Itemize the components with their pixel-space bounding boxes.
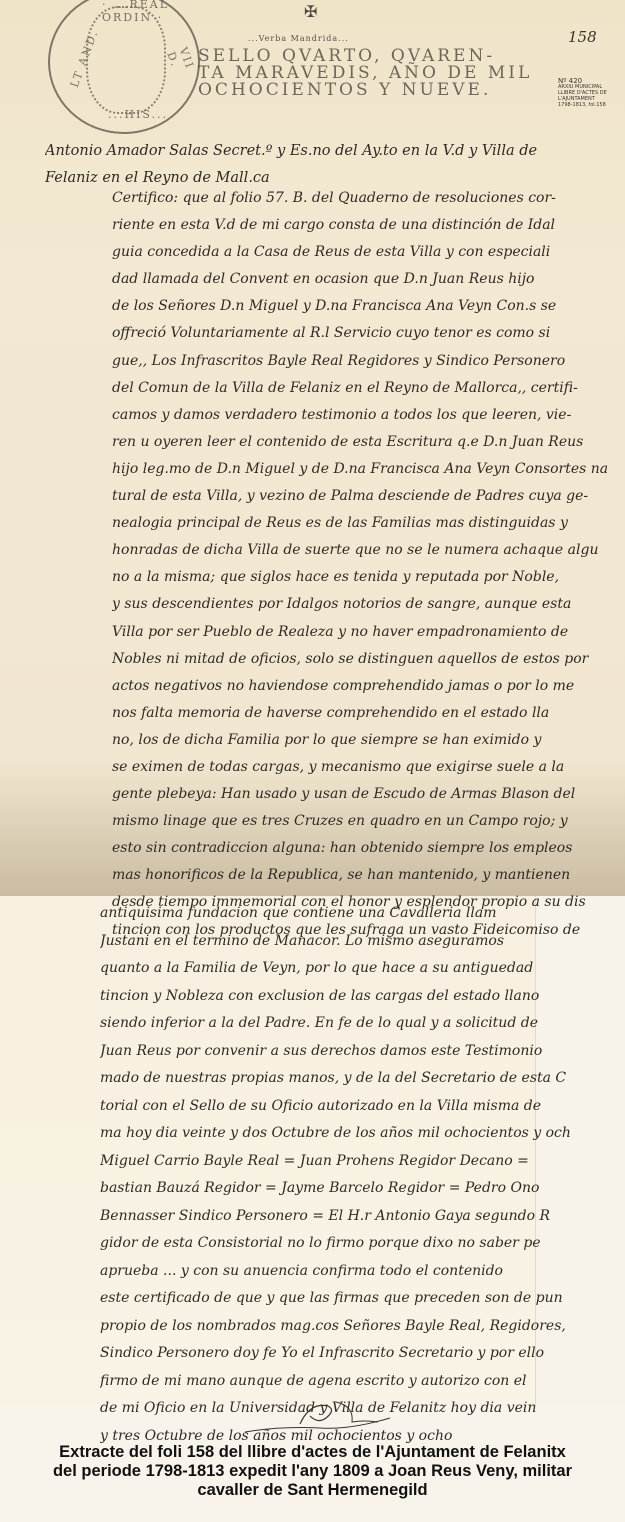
text-line: mismo linage que es tres Cruzes en quadr… bbox=[112, 808, 612, 835]
text-line: ren u oyeren leer el contenido de esta E… bbox=[112, 429, 612, 456]
folio-number: 158 bbox=[568, 28, 597, 46]
text-line: firmo de mi mano aunque de agena escrito… bbox=[100, 1368, 570, 1396]
text-line: este certificado de que y que las firmas… bbox=[100, 1285, 570, 1313]
caption-line: cavaller de Sant Hermenegild bbox=[0, 1481, 625, 1500]
seal-top-text: · ...REAL ORDIN · bbox=[102, 0, 198, 24]
text-line: aprueba ... y con su anuencia confirma t… bbox=[100, 1258, 570, 1286]
text-line: nos falta memoria de haverse comprehendi… bbox=[112, 700, 612, 727]
text-line: Nobles ni mitad de oficios, solo se dist… bbox=[112, 646, 612, 673]
text-line: Villa por ser Pueblo de Realeza y no hav… bbox=[112, 619, 612, 646]
text-line: Sindico Personero doy fe Yo el Infrascri… bbox=[100, 1340, 570, 1368]
text-line: offreció Voluntariamente al R.l Servicio… bbox=[112, 320, 612, 347]
text-line: tural de esta Villa, y vezino de Palma d… bbox=[112, 483, 612, 510]
archive-note: Nº 420 ARXIU MUNICIPAL LLIBRE D'ACTES DE… bbox=[558, 78, 625, 108]
seal-right-text: VII D. bbox=[164, 46, 199, 85]
manuscript-heading: Antonio Amador Salas Secret.º y Es.no de… bbox=[45, 138, 615, 192]
manuscript-body-page-1: Certifico: que al folio 57. B. del Quade… bbox=[112, 185, 612, 944]
text-line: antiquisima fundacion que contiene una C… bbox=[100, 900, 570, 928]
text-line: gidor de esta Consistorial no lo firmo p… bbox=[100, 1230, 570, 1258]
text-line: torial con el Sello de su Oficio autoriz… bbox=[100, 1093, 570, 1121]
text-line: no a la misma; que siglos hace es tenida… bbox=[112, 564, 612, 591]
text-line: mado de nuestras propias manos, y de la … bbox=[100, 1065, 570, 1093]
text-line: del Comun de la Villa de Felaniz en el R… bbox=[112, 375, 612, 402]
text-line: Bennasser Sindico Personero = El H.r Ant… bbox=[100, 1203, 570, 1231]
stamp-line: OCHOCIENTOS Y NUEVE. bbox=[198, 82, 548, 99]
text-line: de los Señores D.n Miguel y D.na Francis… bbox=[112, 293, 612, 320]
text-line: hijo leg.mo de D.n Miguel y de D.na Fran… bbox=[112, 456, 612, 483]
cross-icon: ✠ bbox=[304, 2, 317, 21]
image-caption: Extracte del foli 158 del llibre d'actes… bbox=[0, 1443, 625, 1500]
text-line: quanto a la Familia de Veyn, por lo que … bbox=[100, 955, 570, 983]
text-line: riente en esta V.d de mi cargo consta de… bbox=[112, 212, 612, 239]
text-line: dad llamada del Convent en ocasion que D… bbox=[112, 266, 612, 293]
text-line: Juan Reus por convenir a sus derechos da… bbox=[100, 1038, 570, 1066]
signature-flourish bbox=[240, 1396, 400, 1436]
text-line: honradas de dicha Villa de suerte que no… bbox=[112, 537, 612, 564]
archive-line: 1798-1813, fol.158 bbox=[558, 102, 625, 108]
heading-line: Antonio Amador Salas Secret.º y Es.no de… bbox=[45, 138, 615, 165]
text-line: Miguel Carrio Bayle Real = Juan Prohens … bbox=[100, 1148, 570, 1176]
text-line: y sus descendientes por Idalgos notorios… bbox=[112, 591, 612, 618]
text-line: siendo inferior a la del Padre. En fe de… bbox=[100, 1010, 570, 1038]
text-line: esto sin contradiccion alguna: han obten… bbox=[112, 835, 612, 862]
seal-bottom-text: ...HIS... bbox=[108, 108, 168, 121]
text-line: bastian Bauzá Regidor = Jayme Barcelo Re… bbox=[100, 1175, 570, 1203]
text-line: guia concedida a la Casa de Reus de esta… bbox=[112, 239, 612, 266]
manuscript-body-page-2: antiquisima fundacion que contiene una C… bbox=[100, 900, 570, 1450]
caption-line: del periode 1798-1813 expedit l'any 1809… bbox=[0, 1462, 625, 1481]
text-line: camos y damos verdadero testimonio a tod… bbox=[112, 402, 612, 429]
text-line: Justani en el termino de Manacor. Lo mis… bbox=[100, 928, 570, 956]
text-line: propio de los nombrados mag.cos Señores … bbox=[100, 1313, 570, 1341]
stamp-small-header: ...Verba Mandrida... bbox=[248, 34, 349, 43]
text-line: Certifico: que al folio 57. B. del Quade… bbox=[112, 185, 612, 212]
text-line: se eximen de todas cargas, y mecanismo q… bbox=[112, 754, 612, 781]
text-line: ma hoy dia veinte y dos Octubre de los a… bbox=[100, 1120, 570, 1148]
text-line: actos negativos no haviendose comprehend… bbox=[112, 673, 612, 700]
text-line: gente plebeya: Han usado y usan de Escud… bbox=[112, 781, 612, 808]
official-seal: · ...REAL ORDIN · LT AND. VII D. ...HIS.… bbox=[48, 0, 200, 134]
stamped-paper-header: SELLO QVARTO, QVAREN- TA MARAVEDIS, AÑO … bbox=[198, 48, 548, 99]
text-line: mas honorificos de la Republica, se han … bbox=[112, 862, 612, 889]
text-line: no, los de dicha Familia por lo que siem… bbox=[112, 727, 612, 754]
text-line: tincion y Nobleza con exclusion de las c… bbox=[100, 983, 570, 1011]
caption-line: Extracte del foli 158 del llibre d'actes… bbox=[0, 1443, 625, 1462]
text-line: gue,, Los Infrascritos Bayle Real Regido… bbox=[112, 348, 612, 375]
text-line: nealogia principal de Reus es de las Fam… bbox=[112, 510, 612, 537]
